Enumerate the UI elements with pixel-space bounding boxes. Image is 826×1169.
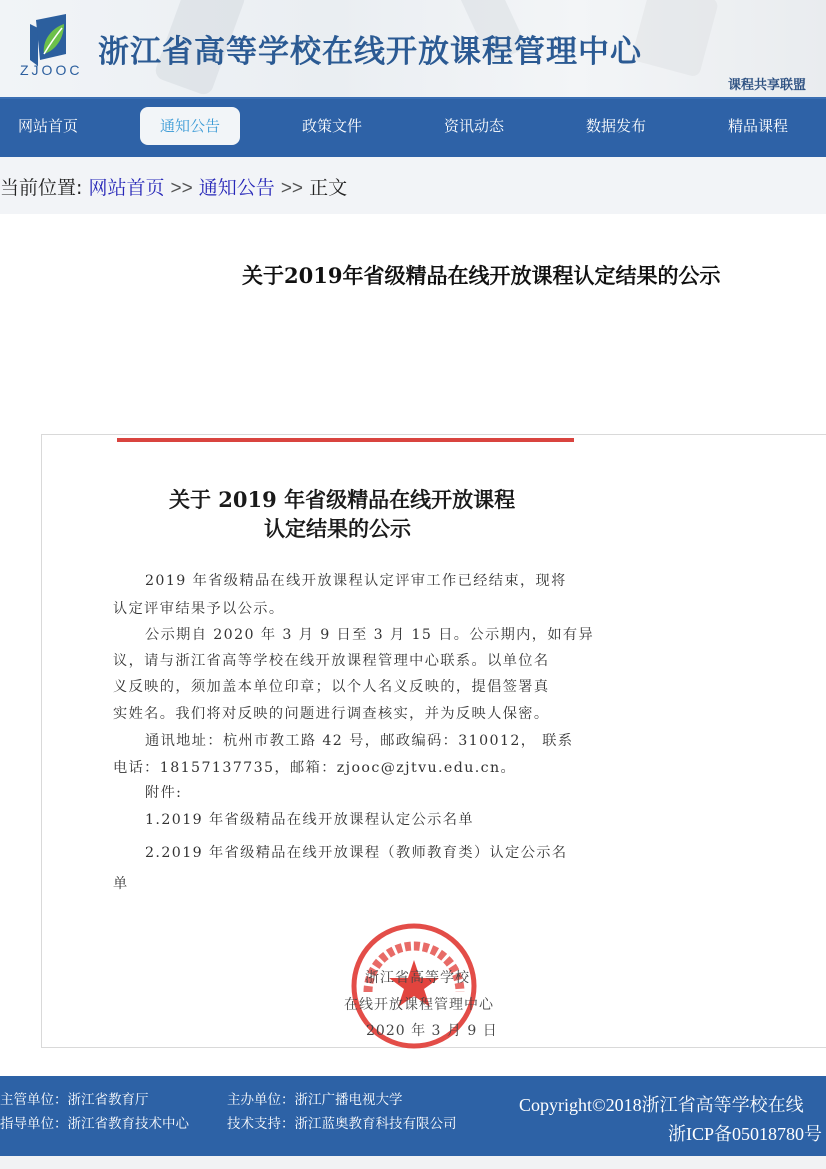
main-nav: 网站首页 通知公告 政策文件 资讯动态 数据发布 精品课程 [0,97,826,157]
header-decoration [631,0,719,78]
document-line: 2019 年省级精品在线开放课程认定评审工作已经结束，现将 [145,570,567,590]
document-line: 公示期自 2020 年 3 月 9 日至 3 月 15 日。公示期内，如有异 [145,624,594,644]
document-attachment-1: 1.2019 年省级精品在线开放课程认定公示名单 [145,809,474,829]
nav-courses[interactable]: 精品课程 [708,107,808,145]
footer-guidance: 指导单位：浙江省教育技术中心 [0,1112,189,1132]
breadcrumb-separator: >> [171,178,193,199]
document-line: 通讯地址：杭州市教工路 42 号，邮政编码：310012， 联系 [145,730,573,750]
footer-tech-support: 技术支持：浙江蓝奥教育科技有限公司 [227,1112,457,1132]
site-title: 浙江省高等学校在线开放课程管理中心 [98,26,642,71]
nav-news[interactable]: 资讯动态 [424,107,524,145]
logo-text: ZJOOC [20,62,82,78]
document-attachment-2: 2.2019 年省级精品在线开放课程（教师教育类）认定公示名 [145,842,567,862]
footer-supervisor: 主管单位：浙江省教育厅 [0,1088,149,1108]
nav-policies[interactable]: 政策文件 [282,107,382,145]
footer-icp[interactable]: 浙ICP备05018780号 [668,1120,822,1146]
red-header-rule [117,438,574,442]
footer-bottom-strip [0,1156,826,1169]
document-line: 电话：18157137735，邮箱：zjooc@zjtvu.edu.cn。 [113,757,516,777]
course-alliance-link[interactable]: 课程共享联盟 [728,74,806,93]
site-header: ZJOOC 浙江省高等学校在线开放课程管理中心 课程共享联盟 [0,0,826,97]
signature-org-line1: 浙江省高等学校 [365,967,470,987]
breadcrumb: 当前位置: 网站首页 >> 通知公告 >> 正文 [0,173,347,200]
document-heading-line1: 关于 2019 年省级精品在线开放课程 [169,484,515,514]
breadcrumb-current: 正文 [309,177,347,199]
document-line: 单 [113,873,129,893]
breadcrumb-notices-link[interactable]: 通知公告 [199,177,275,199]
nav-notices[interactable]: 通知公告 [140,107,240,145]
document-line: 认定评审结果予以公示。 [113,598,284,618]
signature-org-line2: 在线开放课程管理中心 [344,994,494,1014]
article-title: 关于2019年省级精品在线开放课程认定结果的公示 [242,260,720,290]
document-line: 义反映的，须加盖本单位印章；以个人名义反映的，提倡签署真 [113,676,549,696]
document-heading-line2: 认定结果的公示 [264,513,411,543]
nav-home[interactable]: 网站首页 [0,107,96,145]
breadcrumb-home-link[interactable]: 网站首页 [88,177,164,199]
document-line: 议，请与浙江省高等学校在线开放课程管理中心联系。以单位名 [113,650,549,670]
site-footer: 主管单位：浙江省教育厅 指导单位：浙江省教育技术中心 主办单位：浙江广播电视大学… [0,1076,826,1156]
footer-host: 主办单位：浙江广播电视大学 [227,1088,403,1108]
document-line: 实姓名。我们将对反映的问题进行调查核实，并为反映人保密。 [113,703,549,723]
footer-copyright: Copyright©2018浙江省高等学校在线 [519,1091,804,1117]
breadcrumb-separator: >> [281,178,303,199]
document-line: 附件: [145,782,182,802]
breadcrumb-prefix: 当前位置: [0,177,82,199]
nav-data[interactable]: 数据发布 [566,107,666,145]
signature-date: 2020 年 3 月 9 日 [366,1020,498,1040]
